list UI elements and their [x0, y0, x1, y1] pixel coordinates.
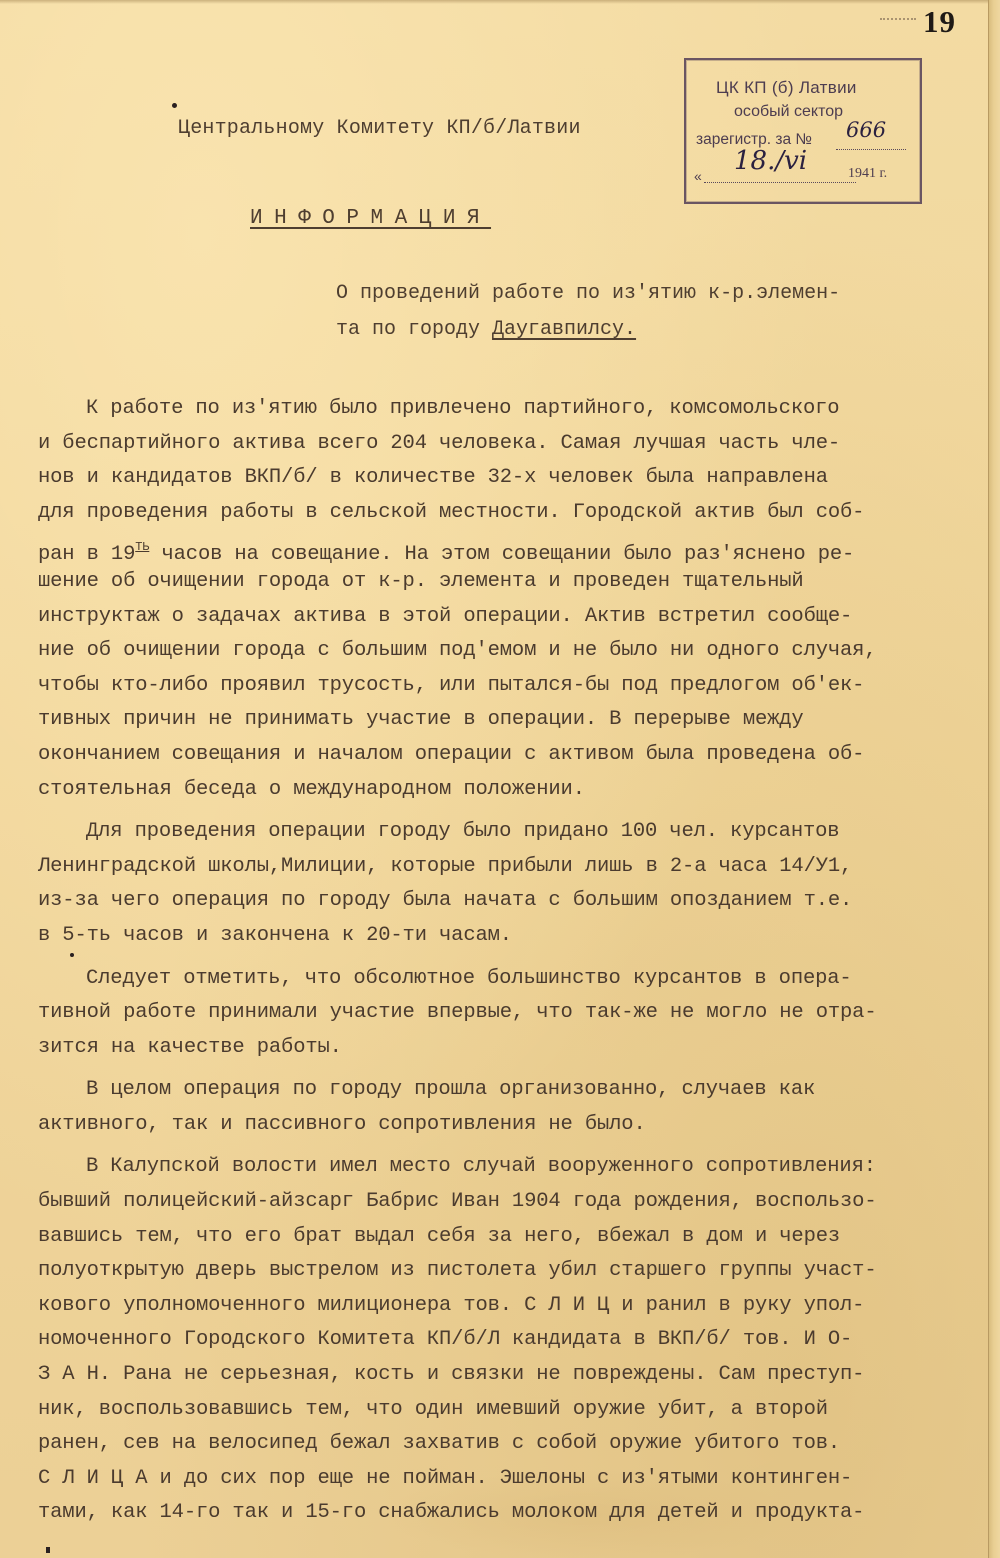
document-subtitle: О проведений работе по из'ятию к-р.элеме… — [336, 276, 840, 348]
text-line: Ленинградской школы,Милиции, которые при… — [38, 850, 998, 885]
text-line: шение об очищении города от к-р. элемент… — [38, 565, 998, 600]
ink-dot-mark — [172, 103, 177, 108]
page-number-pencil-mark — [880, 18, 916, 22]
paper-top-edge — [0, 0, 1000, 4]
superscript: ТЬ — [135, 540, 149, 554]
stamp-date-row: « 18./vi 1941 г. — [694, 162, 914, 186]
text-line: В Калупской волости имел место случай во… — [38, 1150, 998, 1185]
text-line: нов и кандидатов ВКП/б/ в количестве 32-… — [38, 461, 998, 496]
text-line: из-за чего операция по городу была начат… — [38, 884, 998, 919]
text-line: ник, воспользовавшись тем, что один имев… — [38, 1393, 998, 1428]
stamp-year: 1941 г. — [848, 166, 887, 182]
stamp-sector: особый сектор — [734, 103, 843, 121]
stamp-handwritten-date: 18./vi — [734, 146, 807, 176]
text-line: стоятельная беседа о международном полож… — [38, 773, 998, 808]
text-line: зится на качестве работы. — [38, 1031, 998, 1066]
text-fragment: часов на совещание. На этом совещании бы… — [161, 543, 854, 566]
text-line: и беспартийного актива всего 204 человек… — [38, 427, 998, 462]
text-line: инструктаж о задачах актива в этой опера… — [38, 600, 998, 635]
subtitle-prefix: та по городу — [336, 318, 492, 341]
stamp-dotted-line — [836, 149, 906, 150]
registration-stamp: ЦК КП (б) Латвии особый сектор зарегистр… — [684, 58, 922, 204]
document-title: ИНФОРМАЦИЯ — [250, 207, 491, 230]
text-line: окончанием совещания и началом операции … — [38, 738, 998, 773]
text-line: для проведения работы в сельской местнос… — [38, 496, 998, 531]
page-number: 19 — [923, 4, 956, 40]
text-line: номоченного Городского Комитета КП/б/Л к… — [38, 1323, 998, 1358]
subtitle-line-2: та по городу Даугавпилсу. — [336, 312, 840, 348]
text-line: чтобы кто-либо проявил трусость, или пыт… — [38, 669, 998, 704]
text-line: С Л И Ц А и до сих пор еще не пойман. Эш… — [38, 1462, 998, 1497]
text-line: активного, так и пассивного сопротивлени… — [38, 1108, 998, 1143]
subtitle-line-1: О проведений работе по из'ятию к-р.элеме… — [336, 276, 840, 312]
stamp-registration-number: 666 — [846, 118, 886, 142]
text-line: тивных причин не принимать участие в опе… — [38, 703, 998, 738]
text-line: Для проведения операции городу было прид… — [38, 815, 998, 850]
text-line: кового уполномоченного милиционера тов. … — [38, 1289, 998, 1324]
text-line: бывший полицейский-айзсарг Бабрис Иван 1… — [38, 1185, 998, 1220]
ink-dot-mark — [70, 953, 74, 957]
stamp-quote-mark: « — [694, 168, 702, 184]
text-line: полуоткрытую дверь выстрелом из пистолет… — [38, 1254, 998, 1289]
text-line: тивной работе принимали участие впервые,… — [38, 996, 998, 1031]
stamp-organization: ЦК КП (б) Латвии — [716, 78, 857, 98]
text-line: В целом операция по городу прошла органи… — [38, 1073, 998, 1108]
text-line: ранен, сев на велосипед бежал захватив с… — [38, 1427, 998, 1462]
text-line: ние об очищении города с большим под'емо… — [38, 634, 998, 669]
text-line: в 5-ть часов и закончена к 20-ти часам. — [38, 919, 998, 954]
addressee: Центральному Комитету КП/б/Латвии — [178, 117, 581, 140]
subtitle-city: Даугавпилсу. — [492, 318, 636, 341]
document-body: К работе по из'ятию было привлечено парт… — [38, 392, 998, 1531]
text-line: Следует отметить, что обсолютное большин… — [38, 962, 998, 997]
stamp-dotted-line — [704, 182, 856, 183]
text-line: вавшись тем, что его брат выдал себя за … — [38, 1220, 998, 1255]
text-line: ран в 19ТЬ часов на совещание. На этом с… — [38, 530, 998, 565]
text-fragment: ран в 19 — [38, 543, 135, 566]
ink-mark — [46, 1547, 50, 1553]
text-line: К работе по из'ятию было привлечено парт… — [38, 392, 998, 427]
text-line: З А Н. Рана не серьезная, кость и связки… — [38, 1358, 998, 1393]
text-line: тами, как 14-го так и 15-го снабжались м… — [38, 1496, 998, 1531]
